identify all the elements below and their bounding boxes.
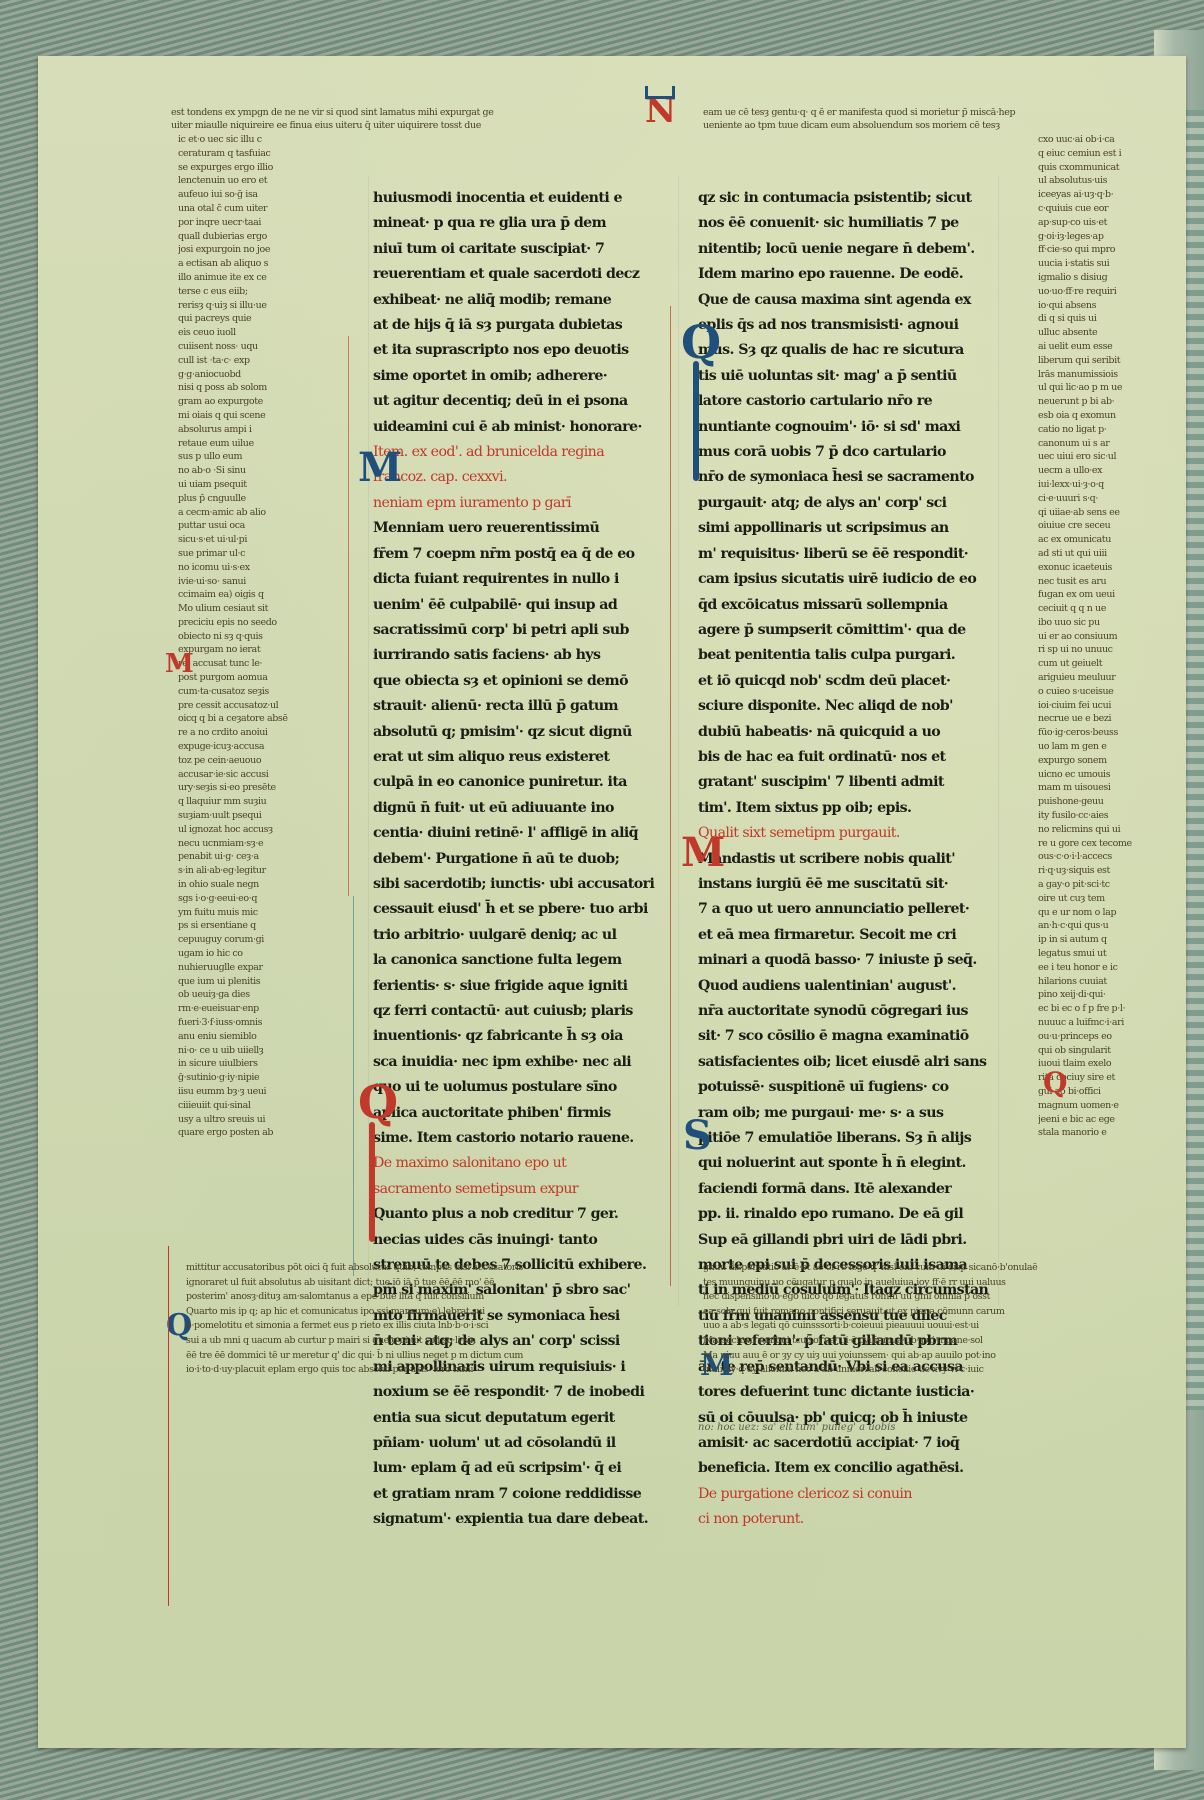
text-line: ci·e·uuuri s·q· (1038, 492, 1178, 506)
text-line: tores defuerint tunc dictante iusticia· (698, 1380, 1008, 1405)
text-line: ob ueuiȝ·ga dies (178, 988, 348, 1002)
text-line: signatum'· expientia tua dare debeat. (373, 1507, 673, 1532)
text-line: ccimaim ea) oigis q (178, 588, 348, 602)
marginal-note: no: hoc uez: sa' elt tum' pulleg' a uobi… (698, 1422, 895, 1433)
text-line: ui uiam psequit (178, 478, 348, 492)
text-line: no icomu ui·s·ex (178, 561, 348, 575)
text-line: cum·ta·cusatoz seȝis (178, 685, 348, 699)
initial-tail (693, 361, 699, 481)
text-line: reuerentiam et quale sacerdoti decz (373, 262, 673, 287)
text-line: inuentionis· qz fabricante h̄ sȝ oia (373, 1024, 673, 1049)
text-line: Mandastis ut scribere nobis qualit' (698, 847, 1008, 872)
gloss-right-column: cxo uuc·ai ob·i·caq eiuc cemiun est iqui… (1038, 133, 1178, 1140)
text-line: o cuieo s·uceisue (1038, 685, 1178, 699)
text-line: ri sp ui no unuuc (1038, 643, 1178, 657)
text-line: necrue ue e bezi (1038, 712, 1178, 726)
text-line: liberum qui seribit (1038, 354, 1178, 368)
text-line: quall dubierias ergo (178, 230, 348, 244)
text-line: toz pe cein·aeuouo (178, 754, 348, 768)
text-line: nr̄a auctoritate synodū cōgregari ius (698, 999, 1008, 1024)
text-line: quare ergo posten ab (178, 1126, 348, 1140)
text-line: oicq q bi a ceȝatore absē (178, 712, 348, 726)
text-line: Quanto plus a nob creditur 7 ger. (373, 1202, 673, 1227)
text-line: quo ui te uolumus postulare sīno (373, 1075, 673, 1100)
text-line: mi oiais q qui scene (178, 409, 348, 423)
text-line: uenim' ēē culpabilē· qui insup ad (373, 593, 673, 618)
text-line: ee i teu honor e ic (1038, 961, 1178, 975)
text-line: no ab·o ·Si sinu (178, 464, 348, 478)
text-line: Qualit sixt semetipm purgauit. (698, 821, 1008, 846)
text-line: Ma uiuu auu ē or ȝy cy uiȝ uui yoiunssem… (703, 1349, 1178, 1364)
text-line: exonuc icaeteuis (1038, 561, 1178, 575)
text-line: mus. Sȝ qz qualis de hac re sicutura (698, 338, 1008, 363)
text-line: sus p ullo eum (178, 450, 348, 464)
text-line: ff·cie·so qui mpro (1038, 243, 1178, 257)
text-line: ferientis· s· siue frigide aque igniti (373, 974, 673, 999)
text-line: no relicmins qui ui (1038, 823, 1178, 837)
text-line: Marsechsui rualbui tcuisoi ua· ui·ē cyui… (703, 1334, 1178, 1349)
text-line: minari a quodā basso· 7 iniuste p̄ seq̄. (698, 948, 1008, 973)
text-line: se expurges ergo illio (178, 161, 348, 175)
text-line: in ohio suale negn (178, 878, 348, 892)
text-line: cam ipsius sicutatis uirē iudicio de eo (698, 567, 1008, 592)
text-line: tes muunguinu uo cēugatur p gualo in aue… (703, 1276, 1178, 1291)
text-line: obiecto ni sȝ q·quis (178, 630, 348, 644)
text-line: 7 a quo ut uero annunciatio pelleret· (698, 897, 1008, 922)
text-line: josi expurgoin no joe (178, 243, 348, 257)
gloss-line: est tondens ex ympgn de ne ne vir si quo… (171, 107, 641, 120)
text-line: sime oportet in omib; adherere· (373, 364, 673, 389)
initial-m-blue: M (358, 448, 402, 488)
pen-flourish (670, 306, 671, 1286)
text-line: ip in si autum q (1038, 933, 1178, 947)
initial-q-red-gloss: Q (1043, 1069, 1067, 1097)
text-line: ec bi ec o f p fre p·l· (1038, 1002, 1178, 1016)
text-line: necias uides cās inuingi· tanto (373, 1228, 673, 1253)
text-line: simi appollinaris ut scripsimus an (698, 516, 1008, 541)
text-line: lrās manumissiois (1038, 368, 1178, 382)
text-line: sicu·s·et ui·ul·pi (178, 533, 348, 547)
text-line: usy a ultro sreuis ui (178, 1113, 348, 1127)
text-line: iurrirando satis faciens· ab hys (373, 643, 673, 668)
text-line: lum· eplam q̄ ad eū scripsim'· q̄ ei (373, 1456, 673, 1481)
text-line: iisu eumm bȝ·ȝ ueui (178, 1085, 348, 1099)
text-line: re a no crdito anoiui (178, 726, 348, 740)
text-line: Quod audiens ualentinian' august'. (698, 974, 1008, 999)
text-line: pitiōe 7 emulatiōe liberans. Sȝ n̄ alijs (698, 1126, 1008, 1151)
text-line: catio no ligat p· (1038, 423, 1178, 437)
text-line: io·qui absens (1038, 299, 1178, 313)
running-head-initial: N (645, 94, 676, 128)
text-line: satisfacientes oib; licet eiusdē alri sa… (698, 1050, 1008, 1075)
text-line: terse c eus eiib; (178, 285, 348, 299)
text-line: et gratiam nram 7 coione reddidisse (373, 1482, 673, 1507)
text-line: cull ist ·ta·c· exp (178, 354, 348, 368)
text-line: stala manorio e (1038, 1126, 1178, 1140)
text-line: que obiecta sȝ et opinioni se demō (373, 669, 673, 694)
text-line: ury·seȝis si·eo presēte (178, 781, 348, 795)
text-line: sui a ub mni q uacum ab curtur p mairi s… (186, 1334, 656, 1349)
text-line: a cecm·amic ab alio (178, 506, 348, 520)
text-line: la canonica sanctione fulta legem (373, 948, 673, 973)
text-line: io·i·to·d·uy·placuit eplam ergo quis toc… (186, 1363, 656, 1378)
text-line: noxium se ēē respondit· 7 de inobedi (373, 1380, 673, 1405)
text-line: centia· diuini retinē· l' affligē in ali… (373, 821, 673, 846)
text-line: ui ui uy·q·uy·aliomni nec a ab unniersal… (703, 1363, 1178, 1378)
text-line: instans iurgiū ēē me suscitatū sit· (698, 872, 1008, 897)
text-line: expurgam no ierat (178, 643, 348, 657)
text-line: dubiū habeatis· nā quicquid a uo (698, 720, 1008, 745)
text-line: Quarto mis ip q; ap hic et comunicatus i… (186, 1305, 656, 1320)
text-line: qz ferri contactū· aut cuiusb; plaris (373, 999, 673, 1024)
text-line: nec dispensino·io·ego uico qō legatus ro… (703, 1290, 1178, 1305)
text-line: que ium ui plenitis (178, 975, 348, 989)
text-line: re· accusat tunc le· (178, 657, 348, 671)
text-line: jeeni e bic ac ege (1038, 1113, 1178, 1127)
gloss-line: eam ue cē tesȝ gentu·q· q ē er manifesta… (703, 107, 1178, 120)
text-line: qi uiiae·ab sens ee (1038, 506, 1178, 520)
text-line: qu e ur nom o lap (1038, 906, 1178, 920)
gloss-bottom-left: mittitur accusatoribus pōt oici q̄ fuit … (186, 1261, 656, 1378)
pen-flourish (168, 1246, 169, 1606)
text-line: aplica auctoritate phiben' firmis (373, 1101, 673, 1126)
text-line: igmalio s disiug (1038, 271, 1178, 285)
text-line: Que de causa maxima sint agenda ex (698, 288, 1008, 313)
text-line: qz sic in contumacia psistentib; sicut (698, 186, 1008, 211)
text-line: an·h·c·qui qus·u (1038, 919, 1178, 933)
initial-m-red: M (681, 833, 725, 873)
text-line: beneficia. Item ex concilio agathēsi. (698, 1456, 1008, 1481)
text-line: et ita suprascripto nos epo deuotis (373, 338, 673, 363)
text-line: re u gore cex tecome (1038, 837, 1178, 851)
text-line: eplis q̄s ad nos transmisisti· agnoui (698, 313, 1008, 338)
text-line: lenctenuin uo ero et (178, 174, 348, 188)
text-line: ḡ·sutinio·g·iy·nipie (178, 1071, 348, 1085)
text-line: ivie·ui·so· sanui (178, 575, 348, 589)
text-line: g·oi·iȝ·leges·ap (1038, 230, 1178, 244)
text-line: entia sua sicut deputatum egerit (373, 1406, 673, 1431)
text-line: nr̄o de symoniaca h̄esi se sacramento (698, 465, 1008, 490)
text-line: penabit ui·g· ceȝ·a (178, 850, 348, 864)
text-line: illo animue ite ex ce (178, 271, 348, 285)
text-line: quis cxommunicat (1038, 161, 1178, 175)
text-line: et eā mea firmaretur. Secoit me cri (698, 923, 1008, 948)
text-line: preciciu epis no seedo (178, 616, 348, 630)
text-line: nos ēē conuenit· sic humiliatis 7 pe (698, 211, 1008, 236)
gloss-top-left: est tondens ex ympgn de ne ne vir si quo… (171, 107, 641, 133)
ruling-line (678, 176, 679, 1306)
text-line: posterim' anosȝ·dituȝ am·salomtanus a ep… (186, 1290, 656, 1305)
text-line: ui er ao consiuum (1038, 630, 1178, 644)
text-line: a gay·o pit·sci·tc (1038, 878, 1178, 892)
text-line: dignū n̄ fuit· ut eū adiuuante ino (373, 796, 673, 821)
text-line: ic et·o uec sic illu c (178, 133, 348, 147)
text-line: di q si quis ui (1038, 312, 1178, 326)
text-line: legatus smui ut (1038, 947, 1178, 961)
text-line: iceeyas ai·uȝ·q·b· (1038, 188, 1178, 202)
text-line: uicno ec umouis (1038, 768, 1178, 782)
text-line: nuhieruuglle expar (178, 961, 348, 975)
text-line: fugan ex om ueui (1038, 588, 1178, 602)
text-line: post purgom aomua (178, 671, 348, 685)
text-line: huiusmodi inocentia et euidenti e (373, 186, 673, 211)
text-line: ul qui lic·ao p m ue (1038, 381, 1178, 395)
text-line: bis de hac ea fuit ordinatū· nos et (698, 745, 1008, 770)
text-line: tis uiē uoluntas sit· mag' a p̄ sentiū (698, 364, 1008, 389)
text-line: ps si ersentiane q (178, 919, 348, 933)
initial-tail (369, 1122, 375, 1242)
text-line: ad sti ut qui uiii (1038, 547, 1178, 561)
text-line: q eiuc cemiun est i (1038, 147, 1178, 161)
text-line: nitentib; locū uenie negare n̄ debem'. (698, 237, 1008, 262)
text-line: Mo ulium cesiaut sit (178, 602, 348, 616)
text-line: fr̄em 7 coepm nr̄m postq̄ ea q̄ de eo (373, 542, 673, 567)
text-line: sacramento semetipsum expur (373, 1177, 673, 1202)
text-line: dicta fuiant requirentes in nullo i (373, 567, 673, 592)
text-line: tim'. Item sixtus pp oib; epis. (698, 796, 1008, 821)
text-line: qui pacreys quie (178, 312, 348, 326)
text-line: uo lam m gen e (1038, 740, 1178, 754)
text-line: in sicure uiulbiers (178, 1057, 348, 1071)
text-line: debem'· Purgatione n̄ aū te duob; (373, 847, 673, 872)
text-line: pp. ii. rinaldo epo rumano. De eā gil (698, 1202, 1008, 1227)
text-line: uuo a ab·s legati qō cuinsssorti·b·coieu… (703, 1319, 1178, 1334)
text-line: plus p̄ cnguulle (178, 492, 348, 506)
text-line: expuge·icuȝ·accusa (178, 740, 348, 754)
text-line: at de hijs q̄ iā sȝ purgata dubietas (373, 313, 673, 338)
text-line: mus corā uobis 7 p̄ dco cartulario (698, 440, 1008, 465)
text-line: Menniam uero reuerentissimū (373, 516, 673, 541)
text-line: sciure disponite. Nec aliqd de nob' (698, 694, 1008, 719)
text-line: De maximo salonitano epo ut (373, 1151, 673, 1176)
text-line: et iō quicqd nob' scdm deū placet· (698, 669, 1008, 694)
initial-q-red: Q (358, 1079, 398, 1125)
text-line: ai uelit eum esse (1038, 340, 1178, 354)
text-line: fueri·3·f·iuss·omnis (178, 1016, 348, 1030)
text-line: nuuuc a luifmc·i·ari (1038, 1016, 1178, 1030)
text-line: ciiieuiit qui·sinal (178, 1099, 348, 1113)
text-line: gram ao expurgote (178, 395, 348, 409)
text-line: canonum ui s ar (1038, 437, 1178, 451)
text-line: neniam epm iuramento p garī (373, 491, 673, 516)
text-line: neuerunt p bi ab· (1038, 395, 1178, 409)
text-line: m' requisitus· liberū se ēē respondit· (698, 542, 1008, 567)
text-line: rm·e·eueisuar·enp (178, 1002, 348, 1016)
initial-s-blue: S (683, 1116, 712, 1156)
text-line: ō·pomelotitu et simonia a fermet eus p r… (186, 1319, 656, 1334)
text-line: suȝiam·uult psequi (178, 809, 348, 823)
text-line: oiuiue cre seceu (1038, 519, 1178, 533)
text-line: ou·u·princeps eo (1038, 1030, 1178, 1044)
text-line: mam m uisouesi (1038, 781, 1178, 795)
text-line: De purgatione clericoz si conuin (698, 1482, 1008, 1507)
text-line: cxo uuc·ai ob·i·ca (1038, 133, 1178, 147)
text-line: accusar·ie·sic accusi (178, 768, 348, 782)
text-line: magnum uomen·e (1038, 1099, 1178, 1113)
text-line: nisi q poss ab solom (178, 381, 348, 395)
gloss-left-column: ic et·o uec sic illu cceraturam q tasfui… (178, 133, 348, 1140)
text-line: a ectisan ab aliquo s (178, 257, 348, 271)
text-line: hilarions cuuiat (1038, 975, 1178, 989)
gloss-top-right: eam ue cē tesȝ gentu·q· q ē er manifesta… (703, 107, 1178, 133)
text-line: qui ob singularit (1038, 1044, 1178, 1058)
text-line: agere p̄ sumpserit cōmittim'· qua de (698, 618, 1008, 643)
manuscript-folio: N est tondens ex ympgn de ne ne vir si q… (38, 56, 1186, 1748)
text-line: amisit· ac sacerdotiū accipiat· 7 ioq̄ (698, 1431, 1008, 1456)
text-line: ceciuit q q n ue (1038, 602, 1178, 616)
text-line: beat penitentia talis culpa purgari. (698, 643, 1008, 668)
gloss-bottom-right: gnuu dispensatio·ar·ē·et aē of·re legē q… (703, 1261, 1178, 1378)
initial-q-blue: Q (681, 319, 721, 365)
text-line: iui·lexx·ui·ȝ·o·q (1038, 478, 1178, 492)
text-line: trio arbitrio· uulgarē deniq; ac ul (373, 923, 673, 948)
text-line: expurgo sonem (1038, 754, 1178, 768)
initial-m-red-gloss: M (165, 651, 194, 677)
text-line: sit· 7 sco cōsilio ē magna examinatiō (698, 1024, 1008, 1049)
text-line: ceraturam q tasfuiac (178, 147, 348, 161)
text-line: ut agitur decentiq; deū in ei psona (373, 389, 673, 414)
text-line: eis ceuo iuoll (178, 326, 348, 340)
text-line: uecm a ullo·ex (1038, 464, 1178, 478)
text-line: purgauit· atq; de alys an' corp' sci (698, 491, 1008, 516)
text-line: esb oia q exomun (1038, 409, 1178, 423)
text-line: sgs i·o·g·eeui·eo·q (178, 892, 348, 906)
text-line: ea sola qui fuit romano pontifici seruau… (703, 1305, 1178, 1320)
text-line: ioi·ciuim fei ucui (1038, 699, 1178, 713)
text-line: oire ut cuȝ tem (1038, 892, 1178, 906)
text-line: mineat· p qua re glia ura p̄ dem (373, 211, 673, 236)
text-line: sibi sacerdotib; iunctis· ubi accusatori (373, 872, 673, 897)
text-line: uucia i·statis sui (1038, 257, 1178, 271)
text-line: absolurus ampi i (178, 423, 348, 437)
text-line: ity fusilo·cc·aies (1038, 809, 1178, 823)
text-line: cum ut geiuelt (1038, 657, 1178, 671)
text-line: absolutū q; pmisim'· qz sicut dignū (373, 720, 673, 745)
text-line: cepuuguy corum·gi (178, 933, 348, 947)
text-line: gratant' suscipim' 7 libenti admit (698, 770, 1008, 795)
text-line: pre cessit accusatoz·ul (178, 699, 348, 713)
text-line: francoz. cap. cexxvi. (373, 465, 673, 490)
text-line: gnuu dispensatio·ar·ē·et aē of·re legē q… (703, 1261, 1178, 1276)
text-line: sca inuidia· nec ipm exhibe· nec ali (373, 1050, 673, 1075)
text-line: puishone·geuu (1038, 795, 1178, 809)
text-line: c·quiuis cue eor (1038, 202, 1178, 216)
text-line: ariguieu meuluur (1038, 671, 1178, 685)
text-line: ēē tre ēē dommici tē ur meretur q' dic q… (186, 1349, 656, 1364)
text-line: ym fuitu muis mic (178, 906, 348, 920)
text-line: Item. ex eod'. ad brunicelda regina (373, 440, 673, 465)
text-line: ap·sup·co uis·et (1038, 216, 1178, 230)
text-line: sacratissimū corp' bi petri apli sub (373, 618, 673, 643)
text-line: por inqre uecr·taai (178, 216, 348, 230)
text-line: anu eniu siemiblo (178, 1030, 348, 1044)
text-line: qui noluerint aut sponte h̄ n̄ elegint. (698, 1151, 1008, 1176)
text-line: strauit· alienū· recta illū p̄ gatum (373, 694, 673, 719)
text-line: ni·o· ce u uib uiiellȝ (178, 1044, 348, 1058)
text-line: una otal c̄ cum uiter (178, 202, 348, 216)
text-line: ri·q·uȝ·siquis est (1038, 864, 1178, 878)
text-line: faciendi formā dans. Itē alexander (698, 1177, 1008, 1202)
text-line: puttar usui oca (178, 519, 348, 533)
text-line: q llaquiur mm suȝiu (178, 795, 348, 809)
text-line: latore castorio cartulario nr̄o re (698, 389, 1008, 414)
text-line: ulluc absente (1038, 326, 1178, 340)
text-line: mittitur accusatoribus pōt oici q̄ fuit … (186, 1261, 656, 1276)
text-line: necu ucnmiam·sȝ·e (178, 837, 348, 851)
text-line: ugam io hic co (178, 947, 348, 961)
text-line: ram oib; me purgaui· me· s· a sus (698, 1101, 1008, 1126)
text-line: s·in ali·ab·eg·legitur (178, 864, 348, 878)
text-line: q̄d excōicatus missarū sollempnia (698, 593, 1008, 618)
text-line: ibo uuo sic pu (1038, 616, 1178, 630)
text-line: ignoraret ul fuit absolutus ab uisitant … (186, 1276, 656, 1291)
text-line: pino xeij·di·qui· (1038, 988, 1178, 1002)
text-line: ac ex omunicatu (1038, 533, 1178, 547)
text-line: cessauit eiusd' h̄ et se pbere· tuo arbi (373, 897, 673, 922)
text-line: uo·uo·ff·re requiri (1038, 285, 1178, 299)
text-line: nuntiante cognouim'· iō· si sd' maxi (698, 415, 1008, 440)
text-line: Idem marino epo rauenne. De eodē. (698, 262, 1008, 287)
text-line: culpā in eo canonice puniretur. ita (373, 770, 673, 795)
text-line: ul absolutus·uis (1038, 174, 1178, 188)
text-line: uideamini cui ē ab minist· honorare· (373, 415, 673, 440)
text-line: Sup eā gillandi pbri uiri de lādi pbri. (698, 1228, 1008, 1253)
text-line: g·g·aniocuobd (178, 368, 348, 382)
text-line: retaue eum uilue (178, 437, 348, 451)
text-line: niuī tum oi caritate suscipiat· 7 (373, 237, 673, 262)
text-line: cuiisent noss· uqu (178, 340, 348, 354)
text-line: ous·c·o·i·l·accecs (1038, 850, 1178, 864)
text-line: pn̄iam· uolum' ut ad cōsolandū il (373, 1431, 673, 1456)
text-line: uec uiui ero sic·ul (1038, 450, 1178, 464)
text-line: aufeuo iui so·ḡ isa (178, 188, 348, 202)
gloss-line: uiter miaulle niquireire ee finua eius u… (171, 120, 641, 133)
text-line: rerisȝ q·uiȝ si illu·ue (178, 299, 348, 313)
crown-icon (645, 86, 675, 99)
pen-flourish (353, 896, 354, 1276)
text-line: sime. Item castorio notario rauene. (373, 1126, 673, 1151)
text-line: erat ut sim aliquo reus existeret (373, 745, 673, 770)
pen-flourish (348, 336, 349, 896)
text-line: sue primar ul·c (178, 547, 348, 561)
text-line: ul ignozat hoc accusȝ (178, 823, 348, 837)
text-line: ci non poterunt. (698, 1507, 1008, 1532)
gloss-line: ueniente ao tpm tuue dicam eum absoluend… (703, 120, 1178, 133)
text-line: exhibeat· ne aliq̄ modib; remane (373, 288, 673, 313)
text-line: fūo·ig·ceros·beuss (1038, 726, 1178, 740)
text-line: nec tusit es aru (1038, 575, 1178, 589)
text-line: potuissē· suspitionē uī fugiens· co (698, 1075, 1008, 1100)
